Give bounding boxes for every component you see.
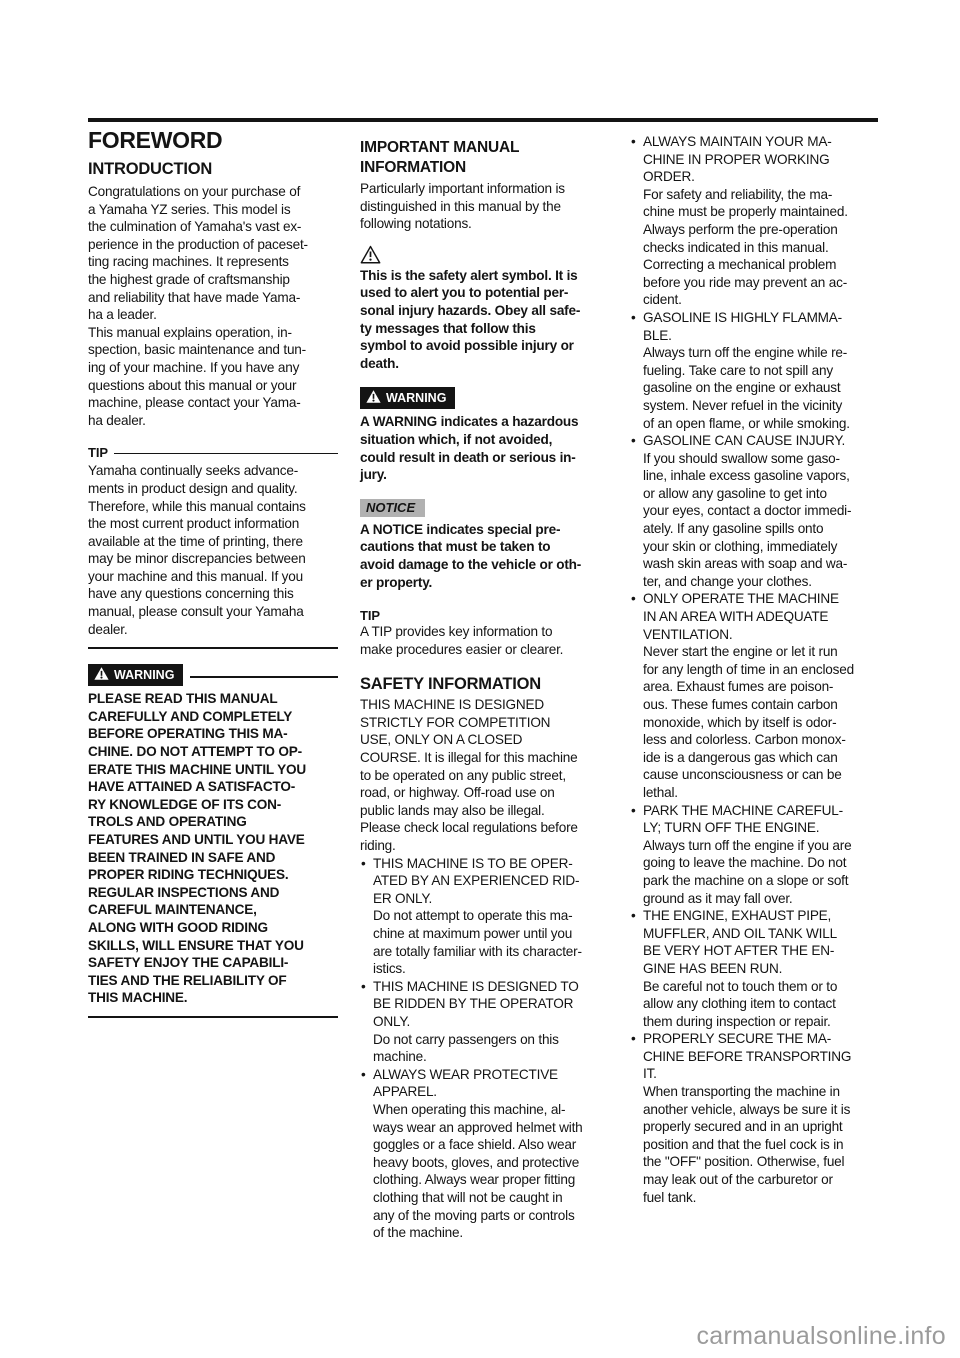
bullet-body: Do not carry passengers on this machine.: [373, 1031, 610, 1066]
safety-bullet-item: • THIS MACHINE IS DESIGNED TO BE RIDDEN …: [360, 978, 610, 1066]
tip-label: TIP: [360, 608, 380, 623]
bullet-icon: •: [631, 907, 636, 925]
bullet-icon: •: [361, 978, 366, 996]
bullet-heading: GASOLINE CAN CAUSE INJURY.: [643, 432, 880, 450]
warning-badge: WARNING: [88, 664, 183, 686]
safety-intro-paragraph: THIS MACHINE IS DESIGNED STRICTLY FOR CO…: [360, 696, 610, 854]
introduction-heading: INTRODUCTION: [88, 159, 338, 179]
bullet-body: Never start the engine or let it run for…: [643, 643, 880, 801]
bullet-body: If you should swallow some gaso- line, i…: [643, 450, 880, 591]
bullet-icon: •: [631, 1030, 636, 1048]
warning-rule-line: [190, 676, 338, 678]
introduction-paragraph-1: Congratulations on your purchase of a Ya…: [88, 183, 338, 324]
warning-badge-row: WARNING: [360, 387, 610, 409]
safety-alert-paragraph: This is the safety alert symbol. It is u…: [360, 267, 610, 373]
tip-rule-line: [114, 453, 338, 454]
bullet-heading: ONLY OPERATE THE MACHINE IN AN AREA WITH…: [643, 590, 880, 643]
bullet-body: Always turn off the engine if you are go…: [643, 837, 880, 907]
safety-bullet-item: • PROPERLY SECURE THE MA- CHINE BEFORE T…: [630, 1030, 880, 1206]
bullet-heading: PROPERLY SECURE THE MA- CHINE BEFORE TRA…: [643, 1030, 880, 1083]
safety-bullet-item: • ALWAYS WEAR PROTECTIVE APPAREL. When o…: [360, 1066, 610, 1242]
introduction-paragraph-2: This manual explains operation, in- spec…: [88, 324, 338, 430]
safety-information-heading: SAFETY INFORMATION: [360, 674, 610, 694]
bullet-heading: ALWAYS WEAR PROTECTIVE APPAREL.: [373, 1066, 610, 1101]
column-2: IMPORTANT MANUAL INFORMATION Particularl…: [360, 138, 610, 1242]
safety-bullet-item: • THE ENGINE, EXHAUST PIPE, MUFFLER, AND…: [630, 907, 880, 1030]
bullet-heading: PARK THE MACHINE CAREFUL- LY; TURN OFF T…: [643, 802, 880, 837]
tip-paragraph: Yamaha continually seeks advance- ments …: [88, 462, 338, 638]
warning-badge: WARNING: [360, 387, 455, 409]
important-manual-information-heading: IMPORTANT MANUAL INFORMATION: [360, 138, 610, 177]
safety-bullet-item: • PARK THE MACHINE CAREFUL- LY; TURN OFF…: [630, 802, 880, 908]
safety-alert-icon: [360, 245, 610, 264]
bullet-heading: THIS MACHINE IS DESIGNED TO BE RIDDEN BY…: [373, 978, 610, 1031]
tip-heading: TIP: [360, 608, 610, 623]
bullet-body: Always turn off the engine while re- fue…: [643, 344, 880, 432]
safety-bullet-item: • ONLY OPERATE THE MACHINE IN AN AREA WI…: [630, 590, 880, 801]
tip-definition-paragraph: A TIP provides key information to make p…: [360, 623, 610, 658]
warning-paragraph: PLEASE READ THIS MANUAL CAREFULLY AND CO…: [88, 690, 338, 1007]
warning-badge-label: WARNING: [114, 668, 174, 682]
bullet-icon: •: [361, 855, 366, 873]
bullet-heading: THIS MACHINE IS TO BE OPER- ATED BY AN E…: [373, 855, 610, 908]
bullet-icon: •: [631, 802, 636, 820]
safety-bullet-item: • THIS MACHINE IS TO BE OPER- ATED BY AN…: [360, 855, 610, 978]
section-divider: [88, 647, 338, 649]
column-1: FOREWORD INTRODUCTION Congratulations on…: [88, 127, 338, 1018]
bullet-body: For safety and reliability, the ma- chin…: [643, 186, 880, 309]
column-3: • ALWAYS MAINTAIN YOUR MA- CHINE IN PROP…: [630, 133, 880, 1206]
safety-bullet-item: • GASOLINE IS HIGHLY FLAMMA- BLE. Always…: [630, 309, 880, 432]
tip-heading-rule: TIP: [88, 445, 338, 460]
watermark-text: carmanualsonline.info: [696, 1322, 946, 1351]
bullet-heading: GASOLINE IS HIGHLY FLAMMA- BLE.: [643, 309, 880, 344]
notice-badge: NOTICE: [360, 499, 425, 517]
warning-badge-label: WARNING: [386, 391, 446, 405]
bullet-body: When operating this machine, al- ways we…: [373, 1101, 610, 1242]
page-top-rule: [88, 118, 878, 122]
notice-definition-paragraph: A NOTICE indicates special pre- cautions…: [360, 521, 610, 591]
warning-definition-paragraph: A WARNING indicates a hazardous situatio…: [360, 413, 610, 483]
warning-triangle-icon: [366, 390, 381, 406]
safety-bullet-item: • ALWAYS MAINTAIN YOUR MA- CHINE IN PROP…: [630, 133, 880, 309]
safety-bullet-list: • ALWAYS MAINTAIN YOUR MA- CHINE IN PROP…: [630, 133, 880, 1206]
bullet-icon: •: [631, 590, 636, 608]
safety-bullet-item: • GASOLINE CAN CAUSE INJURY. If you shou…: [630, 432, 880, 590]
bullet-heading: ALWAYS MAINTAIN YOUR MA- CHINE IN PROPER…: [643, 133, 880, 186]
bullet-icon: •: [361, 1066, 366, 1084]
bullet-heading: THE ENGINE, EXHAUST PIPE, MUFFLER, AND O…: [643, 907, 880, 977]
bullet-body: When transporting the machine in another…: [643, 1083, 880, 1206]
bullet-icon: •: [631, 432, 636, 450]
bullet-icon: •: [631, 133, 636, 151]
section-divider: [88, 1016, 338, 1018]
safety-bullet-list: • THIS MACHINE IS TO BE OPER- ATED BY AN…: [360, 855, 610, 1242]
manual-info-paragraph: Particularly important information is di…: [360, 180, 610, 233]
manual-page: FOREWORD INTRODUCTION Congratulations on…: [0, 0, 960, 1358]
warning-triangle-icon: [94, 667, 109, 683]
bullet-icon: •: [631, 309, 636, 327]
bullet-body: Be careful not to touch them or to allow…: [643, 978, 880, 1031]
tip-label: TIP: [88, 445, 108, 460]
bullet-body: Do not attempt to operate this ma- chine…: [373, 907, 610, 977]
warning-badge-row: WARNING: [88, 664, 338, 686]
page-title: FOREWORD: [88, 127, 338, 153]
